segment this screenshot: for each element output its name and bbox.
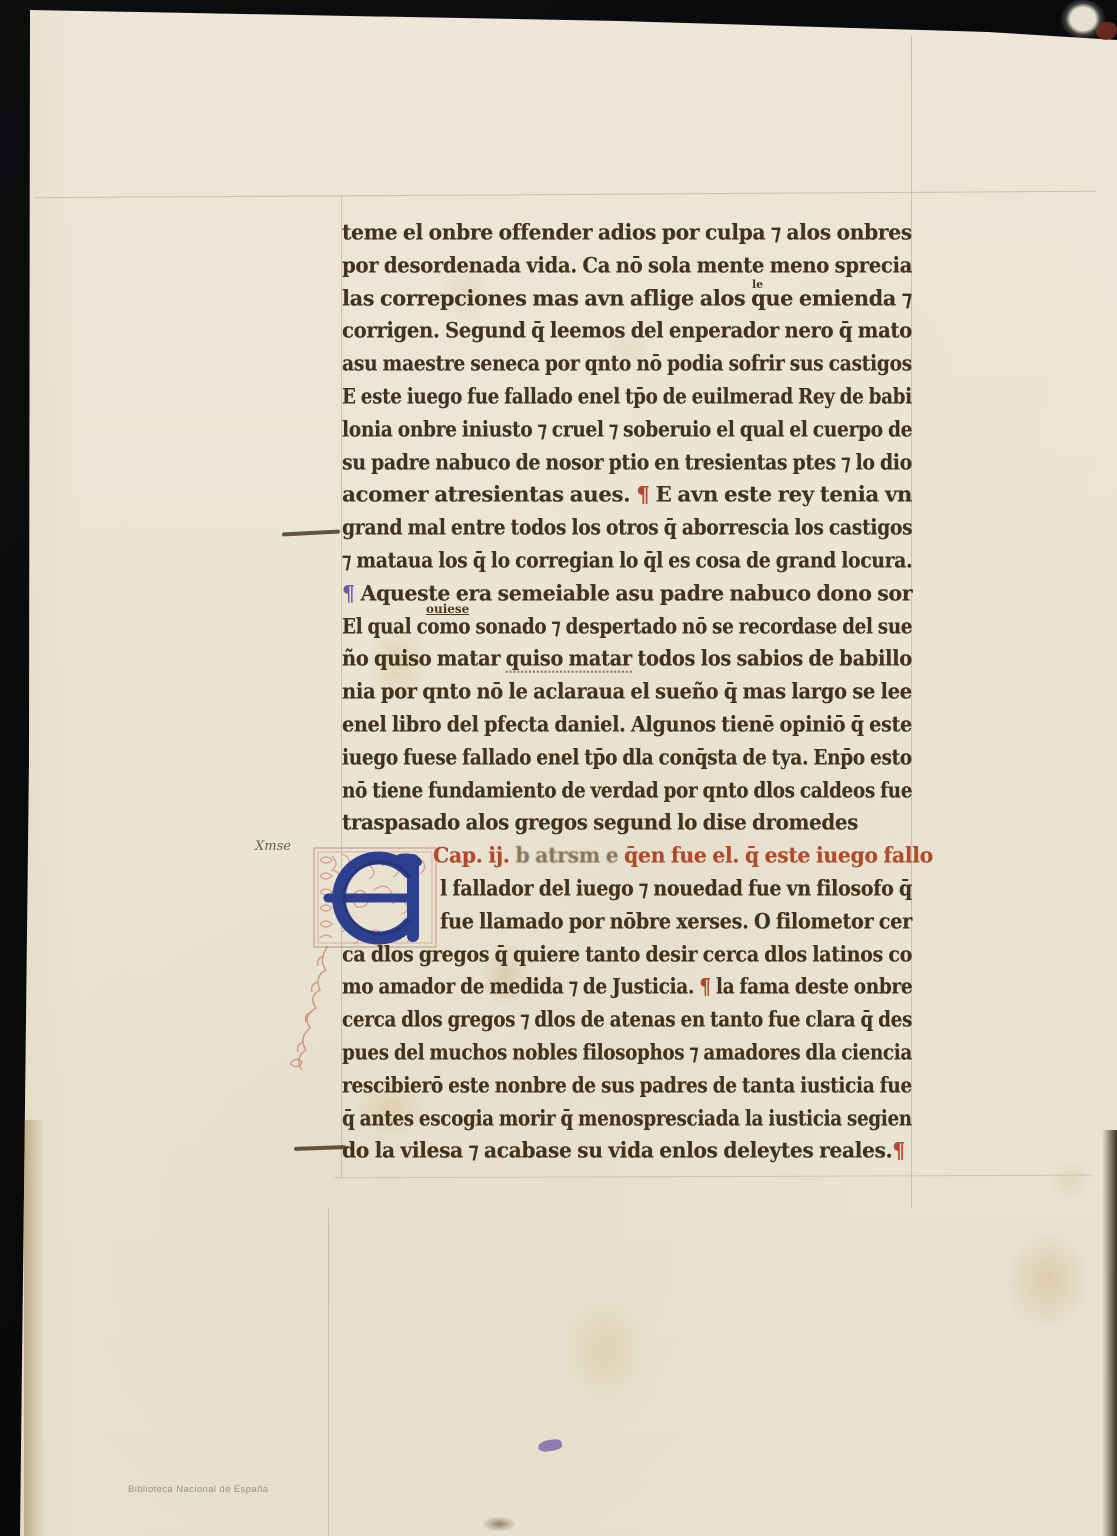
interlinear-note-ouiese: ouiese [426, 602, 469, 616]
manuscript-line: El qual como sonado ⁊ despertado nō se r… [342, 614, 922, 647]
page-edge-right [1102, 1130, 1117, 1536]
ink-smudge [476, 1514, 522, 1534]
text-segment: enel libro del pfecta daniel. Algunos ti… [342, 711, 912, 736]
manuscript-line: iuego fuese fallado enel tp̄o dla conq̄s… [342, 745, 922, 778]
manuscript-line: E este iuego fue fallado enel tp̄o de eu… [342, 384, 922, 417]
text-segment: ño quiso matar [342, 645, 506, 670]
text-segment: nia por qnto nō le aclaraua el sueño q̄ … [342, 678, 912, 703]
fold-crease [328, 1208, 329, 1536]
text-segment: cerca dlos gregos ⁊ dlos de atenas en ta… [342, 1006, 912, 1031]
scan-background: teme el onbre offender adios por culpa ⁊… [0, 0, 1117, 1536]
manuscript-line: ño quiso matar quiso matar todos los sab… [342, 646, 922, 679]
manuscript-line: mo amador de medida ⁊ de Justicia. ¶ la … [342, 974, 922, 1007]
stain [540, 1270, 670, 1430]
manuscript-line: pues del muchos nobles filosophos ⁊ amad… [342, 1040, 922, 1073]
text-segment: mo amador de medida ⁊ de Justicia. [342, 973, 699, 998]
manuscript-line: acomer atresientas aues. ¶ E avn este re… [342, 482, 922, 515]
text-segment: ¶ [342, 580, 360, 605]
text-segment: iuego fuese fallado enel tp̄o dla conq̄s… [342, 744, 912, 769]
text-segment: El qual como sonado ⁊ despertado nō se r… [342, 613, 912, 638]
manuscript-page: teme el onbre offender adios por culpa ⁊… [0, 0, 1117, 1536]
text-segment: nō tiene fundamiento de verdad por qnto … [342, 777, 912, 802]
ruling-line-footer [334, 1175, 1092, 1179]
rubric-segment: q̄en fue el. q̄ este iuego fallo [624, 842, 933, 867]
text-segment: asu maestre seneca por qnto nō podia sof… [342, 350, 912, 375]
margin-dash [294, 1145, 346, 1151]
manuscript-line: por desordenada vida. Ca nō sola mente m… [342, 253, 922, 286]
text-block: teme el onbre offender adios por culpa ⁊… [342, 220, 922, 1171]
page-edge-stain [88, 2, 238, 10]
manuscript-line: ⁊ mataua los q̄ lo corregian lo q̄l es c… [342, 548, 922, 581]
text-segment: por desordenada vida. Ca nō sola mente m… [342, 252, 912, 277]
manuscript-line: ca dlos gregos q̄ quiere tanto desir cer… [342, 942, 922, 975]
ruling-line-top [34, 191, 1096, 198]
manuscript-line: fue llamado por nōbre xerses. O filometo… [342, 909, 922, 942]
text-segment: E este iuego fue fallado enel tp̄o de eu… [342, 383, 912, 408]
page-edge-left [24, 1120, 44, 1536]
manuscript-line: asu maestre seneca por qnto nō podia sof… [342, 351, 922, 384]
text-segment: la fama deste onbre [711, 973, 913, 998]
margin-dash [282, 529, 340, 536]
manuscript-line: q̄ antes escogia morir q̄ menospresciada… [342, 1106, 922, 1139]
text-segment: traspasado alos gregos segund lo dise dr… [342, 809, 858, 834]
text-segment: ⁊ mataua los q̄ lo corregian lo q̄l es c… [342, 547, 912, 572]
manuscript-line: teme el onbre offender adios por culpa ⁊… [342, 220, 922, 253]
stain [985, 1205, 1110, 1355]
rubric-segment: ¶ [892, 1137, 905, 1162]
text-segment: do la vilesa ⁊ acabase su vida enlos del… [342, 1137, 892, 1162]
text-segment: las correpciones mas avn aflige alos que… [342, 285, 912, 310]
text-segment: l fallador del iuego ⁊ nouedad fue vn fi… [440, 875, 912, 900]
ink-blot [537, 1438, 562, 1452]
manuscript-line: su padre nabuco de nosor ptio en tresien… [342, 450, 922, 483]
text-segment: lonia onbre iniusto ⁊ cruel ⁊ soberuio e… [342, 416, 912, 441]
manuscript-line: Cap. ij. b atrsm e q̄en fue el. q̄ este … [342, 843, 922, 876]
text-segment: E avn este rey tenia vn [649, 482, 912, 507]
manuscript-line: cerca dlos gregos ⁊ dlos de atenas en ta… [342, 1007, 922, 1040]
text-segment: grand mal entre todos los otros q̄ aborr… [342, 514, 912, 539]
manuscript-line: nō tiene fundamiento de verdad por qnto … [342, 778, 922, 811]
corner-speck [1096, 22, 1117, 40]
text-segment: corrigen. Segund q̄ leemos del enperador… [342, 318, 912, 343]
text-segment: su padre nabuco de nosor ptio en tresien… [342, 449, 912, 474]
manuscript-line: lonia onbre iniusto ⁊ cruel ⁊ soberuio e… [342, 417, 922, 450]
text-segment: rescibierō este nonbre de sus padres de … [342, 1072, 912, 1097]
text-segment: b atrsm e [510, 842, 624, 867]
stain [1040, 1150, 1100, 1210]
rubric-segment: Cap. ij. [433, 842, 510, 867]
library-watermark: Biblioteca Nacional de España [128, 1484, 268, 1495]
interlinear-note-le: le [752, 278, 763, 291]
manuscript-line: do la vilesa ⁊ acabase su vida enlos del… [342, 1138, 922, 1171]
text-segment: quiso matar [506, 645, 632, 673]
manuscript-line: corrigen. Segund q̄ leemos del enperador… [342, 318, 922, 351]
manuscript-line: nia por qnto nō le aclaraua el sueño q̄ … [342, 679, 922, 712]
manuscript-line: rescibierō este nonbre de sus padres de … [342, 1073, 922, 1106]
text-segment: fue llamado por nōbre xerses. O filometo… [440, 908, 912, 933]
text-segment: todos los sabios de babillo [632, 645, 912, 670]
text-segment: teme el onbre offender adios por culpa ⁊… [342, 219, 912, 244]
rubric-segment: ¶ [699, 973, 710, 998]
text-segment: pues del muchos nobles filosophos ⁊ amad… [342, 1039, 912, 1064]
marginal-note: Xmse [255, 839, 291, 854]
manuscript-line: traspasado alos gregos segund lo dise dr… [342, 810, 922, 843]
text-segment: ca dlos gregos q̄ quiere tanto desir cer… [342, 941, 912, 966]
filigree-tail [288, 946, 340, 1074]
text-segment: acomer atresientas aues. [342, 482, 636, 507]
rubric-segment: ¶ [636, 482, 649, 507]
text-segment: q̄ antes escogia morir q̄ menospresciada… [342, 1105, 912, 1130]
manuscript-line: l fallador del iuego ⁊ nouedad fue vn fi… [342, 876, 922, 909]
manuscript-line: las correpciones mas avn aflige alos que… [342, 286, 922, 319]
manuscript-line: grand mal entre todos los otros q̄ aborr… [342, 515, 922, 548]
manuscript-line: enel libro del pfecta daniel. Algunos ti… [342, 712, 922, 745]
